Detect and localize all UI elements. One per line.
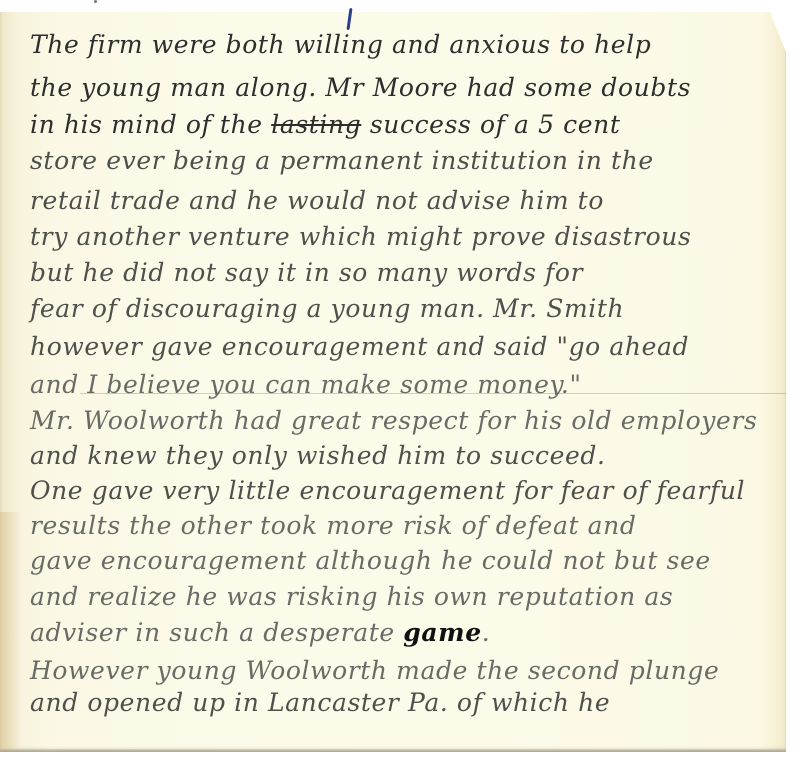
- line-17-pre: adviser in such a desperate: [30, 618, 403, 647]
- line-3-post: success of a 5 cent: [361, 110, 620, 139]
- handwritten-line-14: results the other took more risk of defe…: [30, 511, 636, 540]
- handwritten-line-4: store ever being a permanent institution…: [30, 146, 654, 175]
- handwritten-line-11: Mr. Woolworth had great respect for his …: [30, 406, 757, 435]
- ink-dot: [94, 0, 97, 3]
- handwritten-line-10: and I believe you can make some money.": [30, 370, 582, 399]
- handwritten-line-3: in his mind of the lasting success of a …: [30, 110, 620, 139]
- paper-bottom-edge: [0, 749, 786, 752]
- line-17-post: .: [482, 618, 491, 647]
- line-3-pre: in his mind of the: [30, 110, 271, 139]
- handwritten-line-15: gave encouragement although he could not…: [30, 546, 711, 575]
- handwritten-line-2: the young man along. Mr Moore had some d…: [30, 73, 691, 102]
- paper-stain: [0, 512, 22, 752]
- bold-word: game: [403, 618, 481, 647]
- handwritten-line-16: and realize he was risking his own reput…: [30, 582, 673, 611]
- handwritten-line-13: One gave very little encouragement for f…: [30, 476, 745, 505]
- handwritten-line-6: try another venture which might prove di…: [30, 222, 691, 251]
- handwritten-line-8: fear of discouraging a young man. Mr. Sm…: [30, 294, 624, 323]
- handwritten-line-19: and opened up in Lancaster Pa. of which …: [30, 688, 610, 717]
- handwritten-line-18: However young Woolworth made the second …: [30, 656, 719, 685]
- handwritten-line-7: but he did not say it in so many words f…: [30, 258, 583, 287]
- handwritten-line-17: adviser in such a desperate game.: [30, 618, 490, 647]
- handwritten-line-5: retail trade and he would not advise him…: [30, 186, 604, 215]
- handwritten-line-1: The firm were both willing and anxious t…: [30, 30, 651, 59]
- handwritten-line-12: and knew they only wished him to succeed…: [30, 441, 606, 470]
- handwritten-line-9: however gave encouragement and said "go …: [30, 332, 689, 361]
- struck-word: lasting: [271, 110, 361, 139]
